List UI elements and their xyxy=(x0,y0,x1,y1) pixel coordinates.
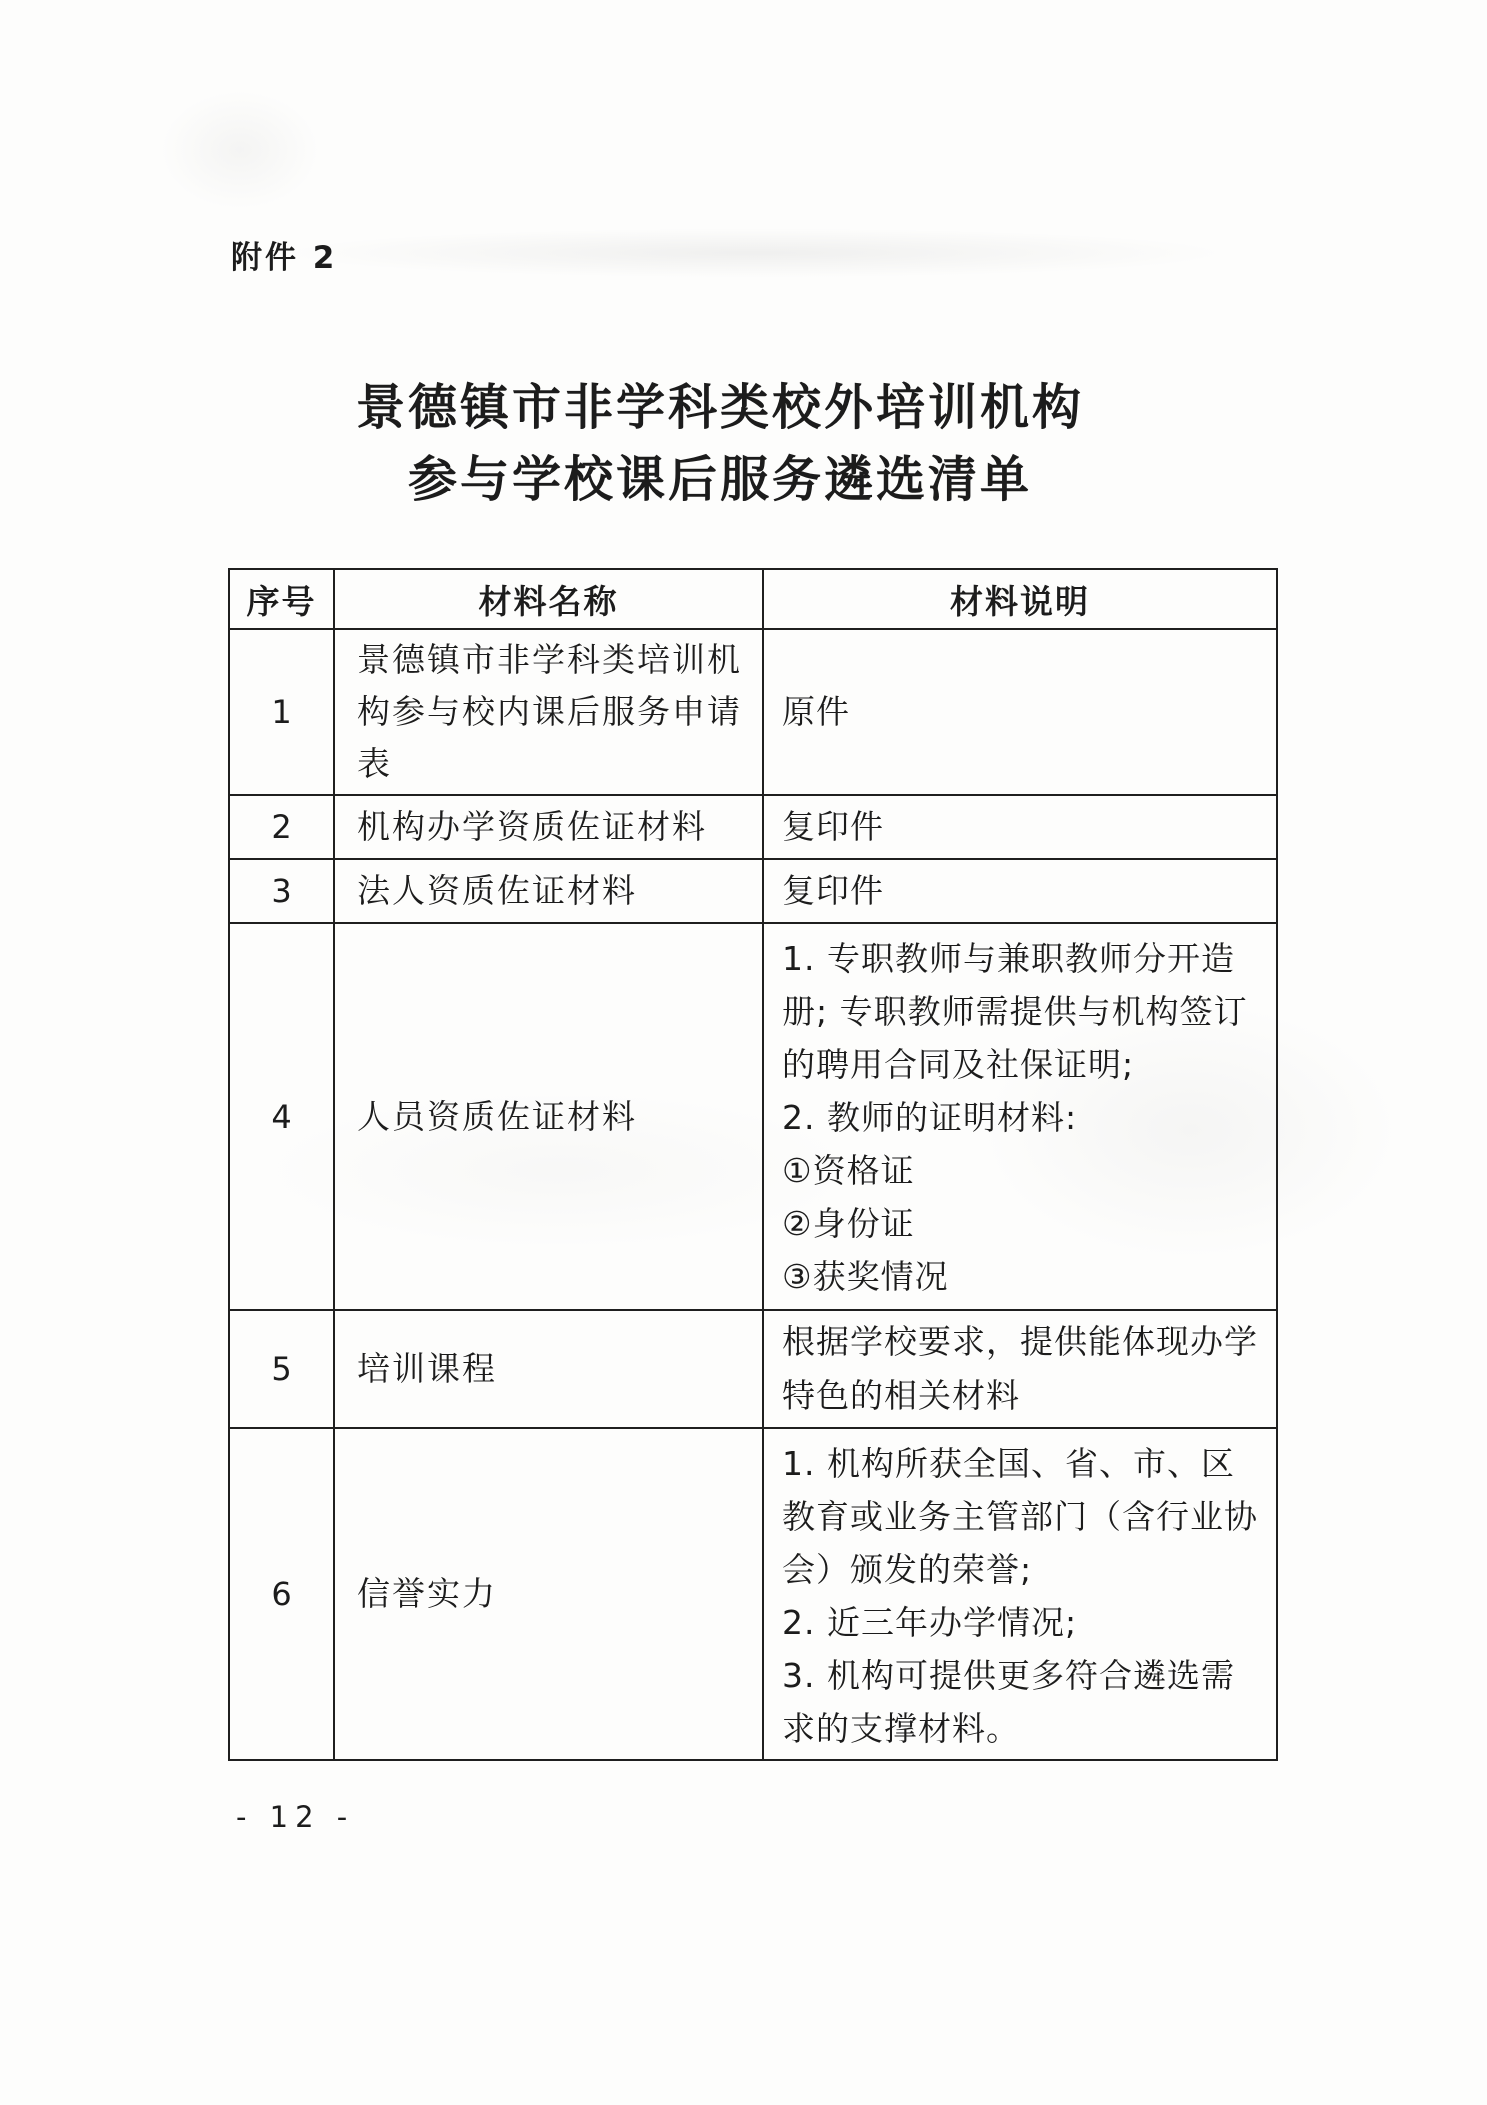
title-line-1: 景德镇市非学科类校外培训机构 xyxy=(0,372,1440,444)
document-title: 景德镇市非学科类校外培训机构 参与学校课后服务遴选清单 xyxy=(0,372,1440,516)
material-name: 机构办学资质佐证材料 xyxy=(334,795,763,859)
column-header-material-description: 材料说明 xyxy=(763,569,1277,629)
scan-artifact xyxy=(280,228,1230,278)
row-number: 3 xyxy=(229,859,334,923)
row-number: 6 xyxy=(229,1428,334,1760)
title-line-2: 参与学校课后服务遴选清单 xyxy=(0,444,1440,516)
material-name: 法人资质佐证材料 xyxy=(334,859,763,923)
material-description: 1. 专职教师与兼职教师分开造册; 专职教师需提供与机构签订的聘用合同及社保证明… xyxy=(763,923,1277,1310)
row-number: 2 xyxy=(229,795,334,859)
attachment-label: 附件 2 xyxy=(231,232,337,277)
row-number: 5 xyxy=(229,1310,334,1428)
table-header-row: 序号 材料名称 材料说明 xyxy=(229,569,1277,629)
materials-table: 序号 材料名称 材料说明 1 景德镇市非学科类培训机构参与校内课后服务申请表 原… xyxy=(228,568,1278,1761)
material-name: 培训课程 xyxy=(334,1310,763,1428)
column-header-material-name: 材料名称 xyxy=(334,569,763,629)
table-row: 2 机构办学资质佐证材料 复印件 xyxy=(229,795,1277,859)
table-row: 4 人员资质佐证材料 1. 专职教师与兼职教师分开造册; 专职教师需提供与机构签… xyxy=(229,923,1277,1310)
material-description: 根据学校要求，提供能体现办学特色的相关材料 xyxy=(763,1310,1277,1428)
material-description: 复印件 xyxy=(763,859,1277,923)
material-description: 复印件 xyxy=(763,795,1277,859)
material-name: 人员资质佐证材料 xyxy=(334,923,763,1310)
row-number: 1 xyxy=(229,629,334,795)
table-row: 5 培训课程 根据学校要求，提供能体现办学特色的相关材料 xyxy=(229,1310,1277,1428)
table-row: 1 景德镇市非学科类培训机构参与校内课后服务申请表 原件 xyxy=(229,629,1277,795)
table-row: 3 法人资质佐证材料 复印件 xyxy=(229,859,1277,923)
material-name: 信誉实力 xyxy=(334,1428,763,1760)
column-header-index: 序号 xyxy=(229,569,334,629)
document-page: 附件 2 景德镇市非学科类校外培训机构 参与学校课后服务遴选清单 序号 材料名称… xyxy=(0,0,1487,2105)
row-number: 4 xyxy=(229,923,334,1310)
page-number: - 12 - xyxy=(236,1800,354,1834)
table-row: 6 信誉实力 1. 机构所获全国、省、市、区教育或业务主管部门（含行业协会）颁发… xyxy=(229,1428,1277,1760)
material-name: 景德镇市非学科类培训机构参与校内课后服务申请表 xyxy=(334,629,763,795)
material-description: 1. 机构所获全国、省、市、区教育或业务主管部门（含行业协会）颁发的荣誉; 2.… xyxy=(763,1428,1277,1760)
material-description: 原件 xyxy=(763,629,1277,795)
scan-artifact xyxy=(160,90,320,210)
